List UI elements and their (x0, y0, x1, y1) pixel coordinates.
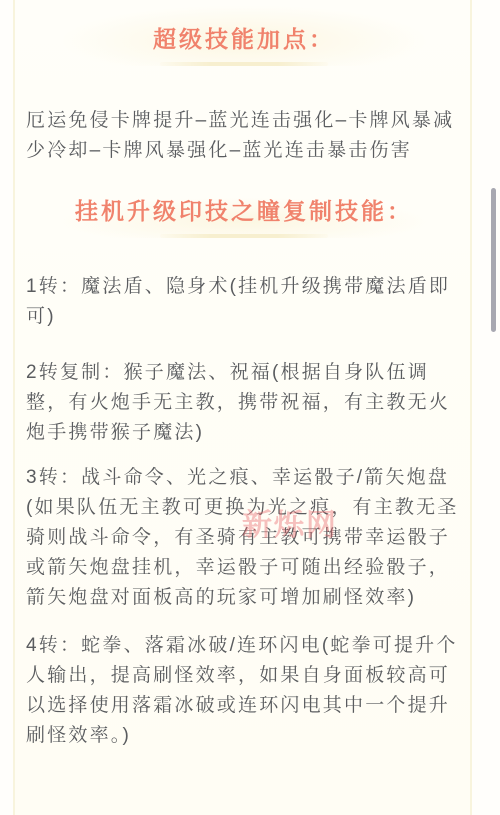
paragraph-job2-skills: 2转复制：猴子魔法、祝福(根据自身队伍调整，有火炮手无主教，携带祝福，有主教无火… (26, 358, 462, 448)
article-page: { "article": { "heading1": "超级技能加点：", "p… (0, 0, 500, 815)
article-card: 超级技能加点： 厄运免侵卡牌提升–蓝光连击强化–卡牌风暴减少冷却–卡牌风暴强化–… (13, 0, 472, 815)
section-heading-super-skill-points: 超级技能加点： (26, 22, 462, 56)
heading-underline (160, 234, 328, 238)
scrollbar-thumb[interactable] (491, 188, 496, 332)
paragraph-super-skill-build: 厄运免侵卡牌提升–蓝光连击强化–卡牌风暴减少冷却–卡牌风暴强化–蓝光连击暴击伤害 (26, 106, 462, 166)
paragraph-job4-skills: 4转：蛇拳、落霜冰破/连环闪电(蛇拳可提升个人输出，提高刷怪效率，如果自身面板较… (26, 631, 462, 751)
paragraph-job3-skills: 3转：战斗命令、光之痕、幸运骰子/箭矢炮盘(如果队伍无主教可更换为光之痕，有主教… (26, 463, 462, 613)
heading-underline (160, 62, 328, 66)
section-header-afk-copy-skills: 挂机升级印技之瞳复制技能： (26, 194, 462, 238)
section-heading-afk-copy-skills: 挂机升级印技之瞳复制技能： (26, 194, 462, 228)
paragraph-job1-skills: 1转：魔法盾、隐身术(挂机升级携带魔法盾即可) (26, 272, 462, 332)
section-header-super-skills: 超级技能加点： (26, 0, 462, 66)
